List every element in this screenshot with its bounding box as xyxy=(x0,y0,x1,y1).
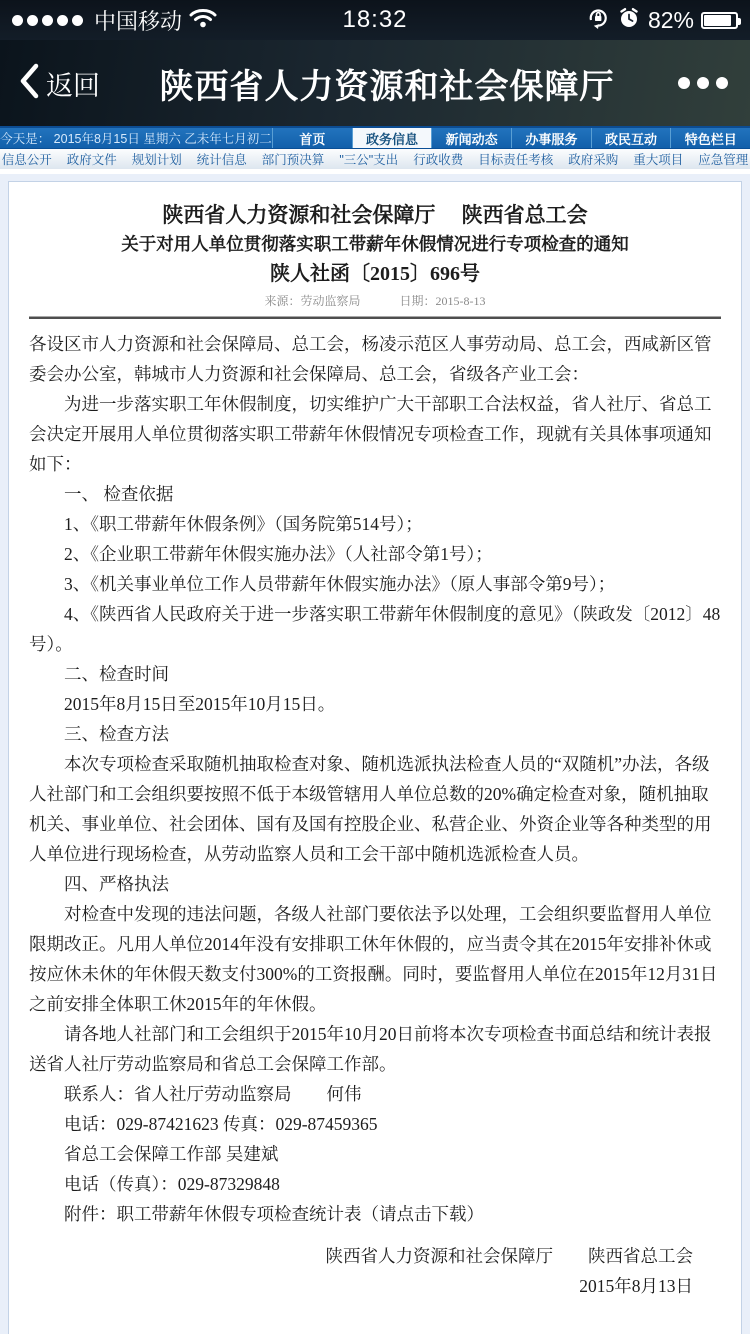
paragraph-phone-fax-1: 电话：029-87421623 传真：029-87459365 xyxy=(29,1109,721,1139)
nav-item-services[interactable]: 办事服务 xyxy=(511,128,591,148)
clock-time: 18:32 xyxy=(342,6,407,34)
section-4-heading: 四、严格执法 xyxy=(29,869,721,899)
signature-orgs: 陕西省人力资源和社会保障厅 陕西省总工会 xyxy=(29,1241,693,1271)
date-label: 日期：2015-8-13 xyxy=(400,294,486,308)
signature-date: 2015年8月13日 xyxy=(29,1271,693,1301)
paragraph-basis-1: 1、《职工带薪年休假条例》（国务院第514号）； xyxy=(29,509,721,539)
document-signature: 陕西省人力资源和社会保障厅 陕西省总工会 2015年8月13日 xyxy=(29,1241,721,1301)
back-button[interactable]: 返回 xyxy=(18,63,100,104)
top-nav: 首页 政务信息 新闻动态 办事服务 政民互动 特色栏目 xyxy=(272,128,750,148)
subnav-gov-documents[interactable]: 政府文件 xyxy=(67,150,117,168)
signal-strength-icon xyxy=(12,15,83,26)
subnav-emergency[interactable]: 应急管理 xyxy=(698,150,748,168)
paragraph-salutation: 各设区市人力资源和社会保障局、总工会，杨凌示范区人事劳动局、总工会，西咸新区管委… xyxy=(29,329,721,389)
paragraph-contact-person: 联系人：省人社厅劳动监察局 何伟 xyxy=(29,1079,721,1109)
nav-item-home[interactable]: 首页 xyxy=(272,128,352,148)
subnav-planning[interactable]: 规划计划 xyxy=(132,150,182,168)
subnav-major-projects[interactable]: 重大项目 xyxy=(633,150,683,168)
source-label: 来源：劳动监察局 xyxy=(264,294,360,308)
document-org-title: 陕西省人力资源和社会保障厅 陕西省总工会 xyxy=(29,200,721,230)
document-body: 各设区市人力资源和社会保障局、总工会，杨凌示范区人事劳动局、总工会，西咸新区管委… xyxy=(29,329,721,1229)
subnav-procurement[interactable]: 政府采购 xyxy=(568,150,618,168)
document-title: 关于对用人单位贯彻落实职工带薪年休假情况进行专项检查的通知 xyxy=(29,230,721,258)
paragraph-basis-4: 4、《陕西省人民政府关于进一步落实职工带薪年休假制度的意见》（陕政发〔2012〕… xyxy=(29,599,721,659)
today-date-label: 今天是： 2015年8月15日 星期六 乙未年七月初二 xyxy=(0,128,272,148)
carrier-label: 中国移动 xyxy=(94,5,182,36)
rotation-lock-icon xyxy=(586,6,610,35)
site-nav-bar: 今天是： 2015年8月15日 星期六 乙未年七月初二 首页 政务信息 新闻动态… xyxy=(0,126,750,149)
document-panel: 陕西省人力资源和社会保障厅 陕西省总工会 关于对用人单位贯彻落实职工带薪年休假情… xyxy=(8,181,742,1334)
battery-percent-label: 82% xyxy=(648,7,694,34)
paragraph-basis-3: 3、《机关事业单位工作人员带薪年休假实施办法》（原人事部令第9号）； xyxy=(29,569,721,599)
page-background: 陕西省人力资源和社会保障厅 陕西省总工会 关于对用人单位贯彻落实职工带薪年休假情… xyxy=(0,174,750,1334)
subnav-admin-fees[interactable]: 行政收费 xyxy=(413,150,463,168)
more-menu-button[interactable] xyxy=(674,67,732,99)
nav-item-news[interactable]: 新闻动态 xyxy=(431,128,511,148)
subnav-statistics[interactable]: 统计信息 xyxy=(197,150,247,168)
document-number: 陕人社函〔2015〕696号 xyxy=(29,258,721,290)
nav-item-gov-info[interactable]: 政务信息 xyxy=(352,128,432,148)
subnav-info-disclosure[interactable]: 信息公开 xyxy=(2,150,52,168)
subnav-target-assessment[interactable]: 目标责任考核 xyxy=(478,150,553,168)
section-1-heading: 一、 检查依据 xyxy=(29,479,721,509)
status-bar: 中国移动 18:32 82% xyxy=(0,0,750,40)
page-title: 陕西省人力资源和社会保障厅 xyxy=(100,59,674,108)
attachment-download-link[interactable]: 附件：职工带薪年休假专项检查统计表（请点击下载） xyxy=(29,1199,721,1229)
sub-nav-bar: 组织机构 政务大厅 信息公开 政府文件 规划计划 统计信息 部门预决算 "三公"… xyxy=(0,149,750,169)
wifi-icon xyxy=(189,7,217,34)
back-label: 返回 xyxy=(46,64,100,103)
paragraph-time-range: 2015年8月15日至2015年10月15日。 xyxy=(29,689,721,719)
app-header: 返回 陕西省人力资源和社会保障厅 xyxy=(0,40,750,126)
document-meta: 来源：劳动监察局 日期：2015-8-13 xyxy=(29,290,721,312)
nav-item-interaction[interactable]: 政民互动 xyxy=(591,128,671,148)
paragraph-union-contact: 省总工会保障工作部 吴建斌 xyxy=(29,1139,721,1169)
section-2-heading: 二、检查时间 xyxy=(29,659,721,689)
section-3-heading: 三、检查方法 xyxy=(29,719,721,749)
title-divider xyxy=(29,316,721,319)
subnav-three-public-spending[interactable]: "三公"支出 xyxy=(339,150,398,168)
alarm-clock-icon xyxy=(617,6,641,35)
paragraph-phone-fax-2: 电话（传真）：029-87329848 xyxy=(29,1169,721,1199)
paragraph-enforcement: 对检查中发现的违法问题，各级人社部门要依法予以处理，工会组织要监督用人单位限期改… xyxy=(29,899,721,1019)
nav-item-features[interactable]: 特色栏目 xyxy=(670,128,750,148)
battery-icon xyxy=(701,12,738,29)
paragraph-report-request: 请各地人社部门和工会组织于2015年10月20日前将本次专项检查书面总结和统计表… xyxy=(29,1019,721,1079)
paragraph-intro: 为进一步落实职工年休假制度，切实维护广大干部职工合法权益，省人社厅、省总工会决定… xyxy=(29,389,721,479)
paragraph-basis-2: 2、《企业职工带薪年休假实施办法》（人社部令第1号）； xyxy=(29,539,721,569)
subnav-budget[interactable]: 部门预决算 xyxy=(262,150,325,168)
chevron-left-icon xyxy=(18,63,40,104)
paragraph-method: 本次专项检查采取随机抽取检查对象、随机选派执法检查人员的“双随机”办法，各级人社… xyxy=(29,749,721,869)
